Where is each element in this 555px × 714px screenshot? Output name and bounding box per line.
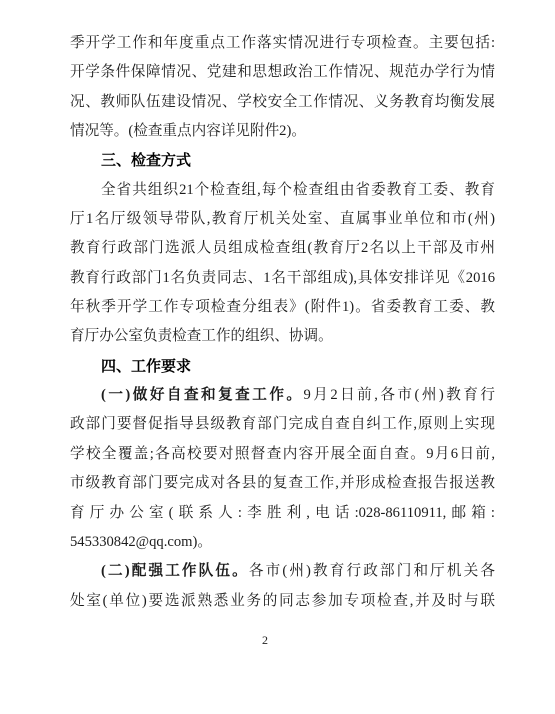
paragraph-text: 各市(州)教育行政部门和厅机关各 xyxy=(249,563,495,579)
document-line: 545330842@qq.com)。 xyxy=(70,528,495,557)
document-line: 厅1名厅级领导带队,教育厅机关处室、直属事业单位和市(州) xyxy=(70,205,495,234)
document-line: 教育行政部门1名负责同志、1名干部组成),具体安排详见《2016 xyxy=(70,264,495,293)
paragraph-text: 9月2日前,各市(州)教育行 xyxy=(303,387,495,403)
document-line: 学校全覆盖;各高校要对照督查内容开展全面自查。9月6日前, xyxy=(70,440,495,469)
document-line: 政部门要督促指导县级教育部门完成自查自纠工作,原则上实现 xyxy=(70,410,495,439)
document-line: 全省共组织21个检查组,每个检查组由省委教育工委、教育 xyxy=(70,176,495,205)
document-line: (二)配强工作队伍。各市(州)教育行政部门和厅机关各 xyxy=(70,557,495,586)
paragraph-lead-bold: (二)配强工作队伍。 xyxy=(101,563,249,579)
document-line: 市级教育部门要完成对各县的复查工作,并形成检查报告报送教 xyxy=(70,469,495,498)
document-page: 季开学工作和年度重点工作落实情况进行专项检查。主要包括:开学条件保障情况、党建和… xyxy=(0,0,555,714)
paragraph-lead-bold: (一)做好自查和复查工作。 xyxy=(101,387,303,403)
document-line: 教育行政部门选派人员组成检查组(教育厅2名以上干部及市州 xyxy=(70,234,495,263)
document-line: (一)做好自查和复查工作。9月2日前,各市(州)教育行 xyxy=(70,381,495,410)
section-heading: 三、检查方式 xyxy=(70,146,495,175)
document-line: 育厅办公室负责检查工作的组织、协调。 xyxy=(70,322,495,351)
document-line: 年秋季开学工作专项检查分组表》(附件1)。省委教育工委、教 xyxy=(70,293,495,322)
page-number: 2 xyxy=(0,633,530,648)
document-body: 季开学工作和年度重点工作落实情况进行专项检查。主要包括:开学条件保障情况、党建和… xyxy=(70,29,495,616)
document-line: 情况等。(检查重点内容详见附件2)。 xyxy=(70,117,495,146)
document-line: 况、教师队伍建设情况、学校安全工作情况、义务教育均衡发展 xyxy=(70,88,495,117)
section-heading: 四、工作要求 xyxy=(70,352,495,381)
document-line: 育厅办公室(联系人:李胜利,电话:028-86110911,邮箱: xyxy=(70,499,495,528)
document-line: 处室(单位)要选派熟悉业务的同志参加专项检查,并及时与联 xyxy=(70,587,495,616)
document-line: 开学条件保障情况、党建和思想政治工作情况、规范办学行为情 xyxy=(70,58,495,87)
document-line: 季开学工作和年度重点工作落实情况进行专项检查。主要包括: xyxy=(70,29,495,58)
